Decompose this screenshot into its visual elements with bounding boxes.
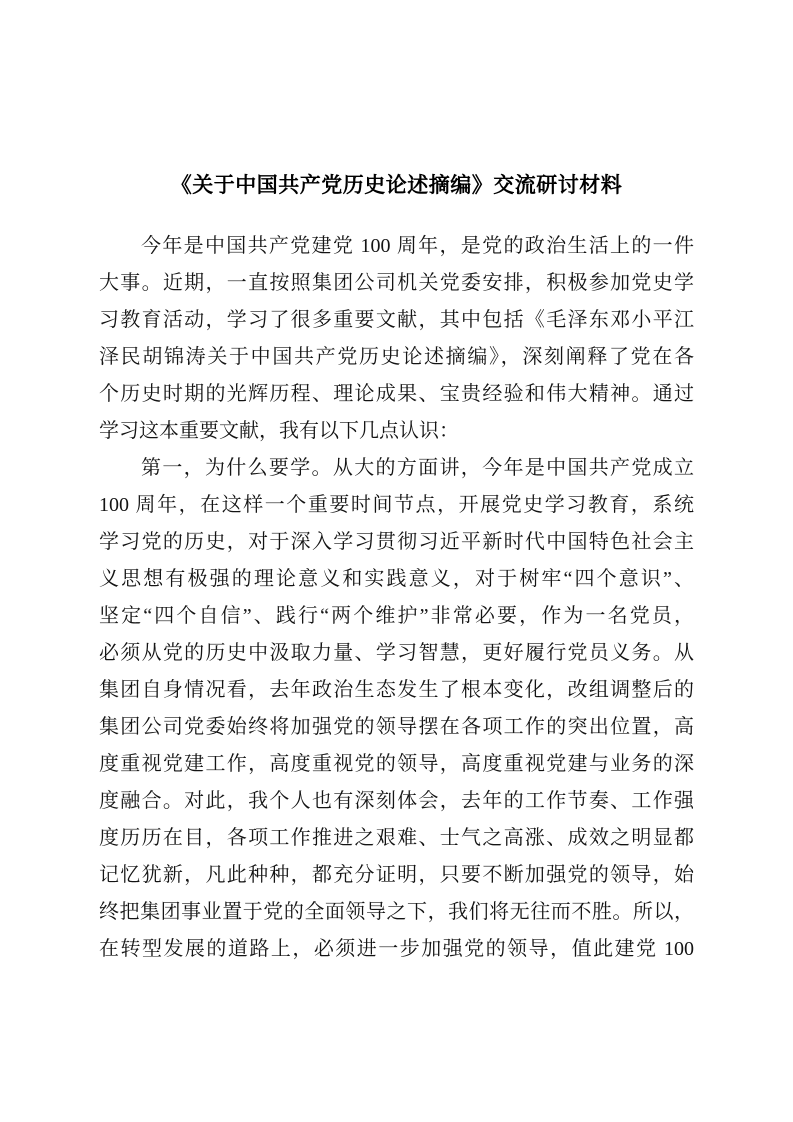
- document-page: 《关于中国共产党历史论述摘编》交流研讨材料 今年是中国共产党建党 100 周年，…: [0, 0, 793, 1122]
- document-body: 今年是中国共产党建党 100 周年，是党的政治生活上的一件大事。近期，一直按照集…: [99, 228, 694, 968]
- text-line: 集团公司党委始终将加强党的领导摆在各项工作的突出位置，高: [99, 709, 694, 746]
- text-line: 必须从党的历史中汲取力量、学习智慧，更好履行党员义务。从: [99, 635, 694, 672]
- text-line: 100 周年，在这样一个重要时间节点，开展党史学习教育，系统: [99, 487, 694, 524]
- text-line: 学习党的历史，对于深入学习贯彻习近平新时代中国特色社会主: [99, 524, 694, 561]
- text-line: 度重视党建工作，高度重视党的领导，高度重视党建与业务的深: [99, 746, 694, 783]
- text-line: 终把集团事业置于党的全面领导之下，我们将无往而不胜。所以，: [99, 894, 694, 931]
- text-line: 今年是中国共产党建党 100 周年，是党的政治生活上的一件: [99, 228, 694, 265]
- text-line: 度历历在目，各项工作推进之艰难、士气之高涨、成效之明显都: [99, 820, 694, 857]
- text-line: 泽民胡锦涛关于中国共产党历史论述摘编》，深刻阐释了党在各: [99, 339, 694, 376]
- text-line: 在转型发展的道路上，必须进一步加强党的领导，值此建党 100: [99, 931, 694, 968]
- text-line: 度融合。对此，我个人也有深刻体会，去年的工作节奏、工作强: [99, 783, 694, 820]
- text-line: 习教育活动，学习了很多重要文献，其中包括《毛泽东邓小平江: [99, 302, 694, 339]
- text-line: 记忆犹新，凡此种种，都充分证明，只要不断加强党的领导，始: [99, 857, 694, 894]
- text-line: 坚定“四个自信”、践行“两个维护”非常必要，作为一名党员，: [99, 598, 694, 635]
- text-line: 义思想有极强的理论意义和实践意义，对于树牢“四个意识”、: [99, 561, 694, 598]
- text-line: 集团自身情况看，去年政治生态发生了根本变化，改组调整后的: [99, 672, 694, 709]
- document-title: 《关于中国共产党历史论述摘编》交流研讨材料: [99, 167, 694, 204]
- text-line: 大事。近期，一直按照集团公司机关党委安排，积极参加党史学: [99, 265, 694, 302]
- text-line: 学习这本重要文献，我有以下几点认识：: [99, 413, 694, 450]
- text-line: 第一，为什么要学。从大的方面讲，今年是中国共产党成立: [99, 450, 694, 487]
- text-line: 个历史时期的光辉历程、理论成果、宝贵经验和伟大精神。通过: [99, 376, 694, 413]
